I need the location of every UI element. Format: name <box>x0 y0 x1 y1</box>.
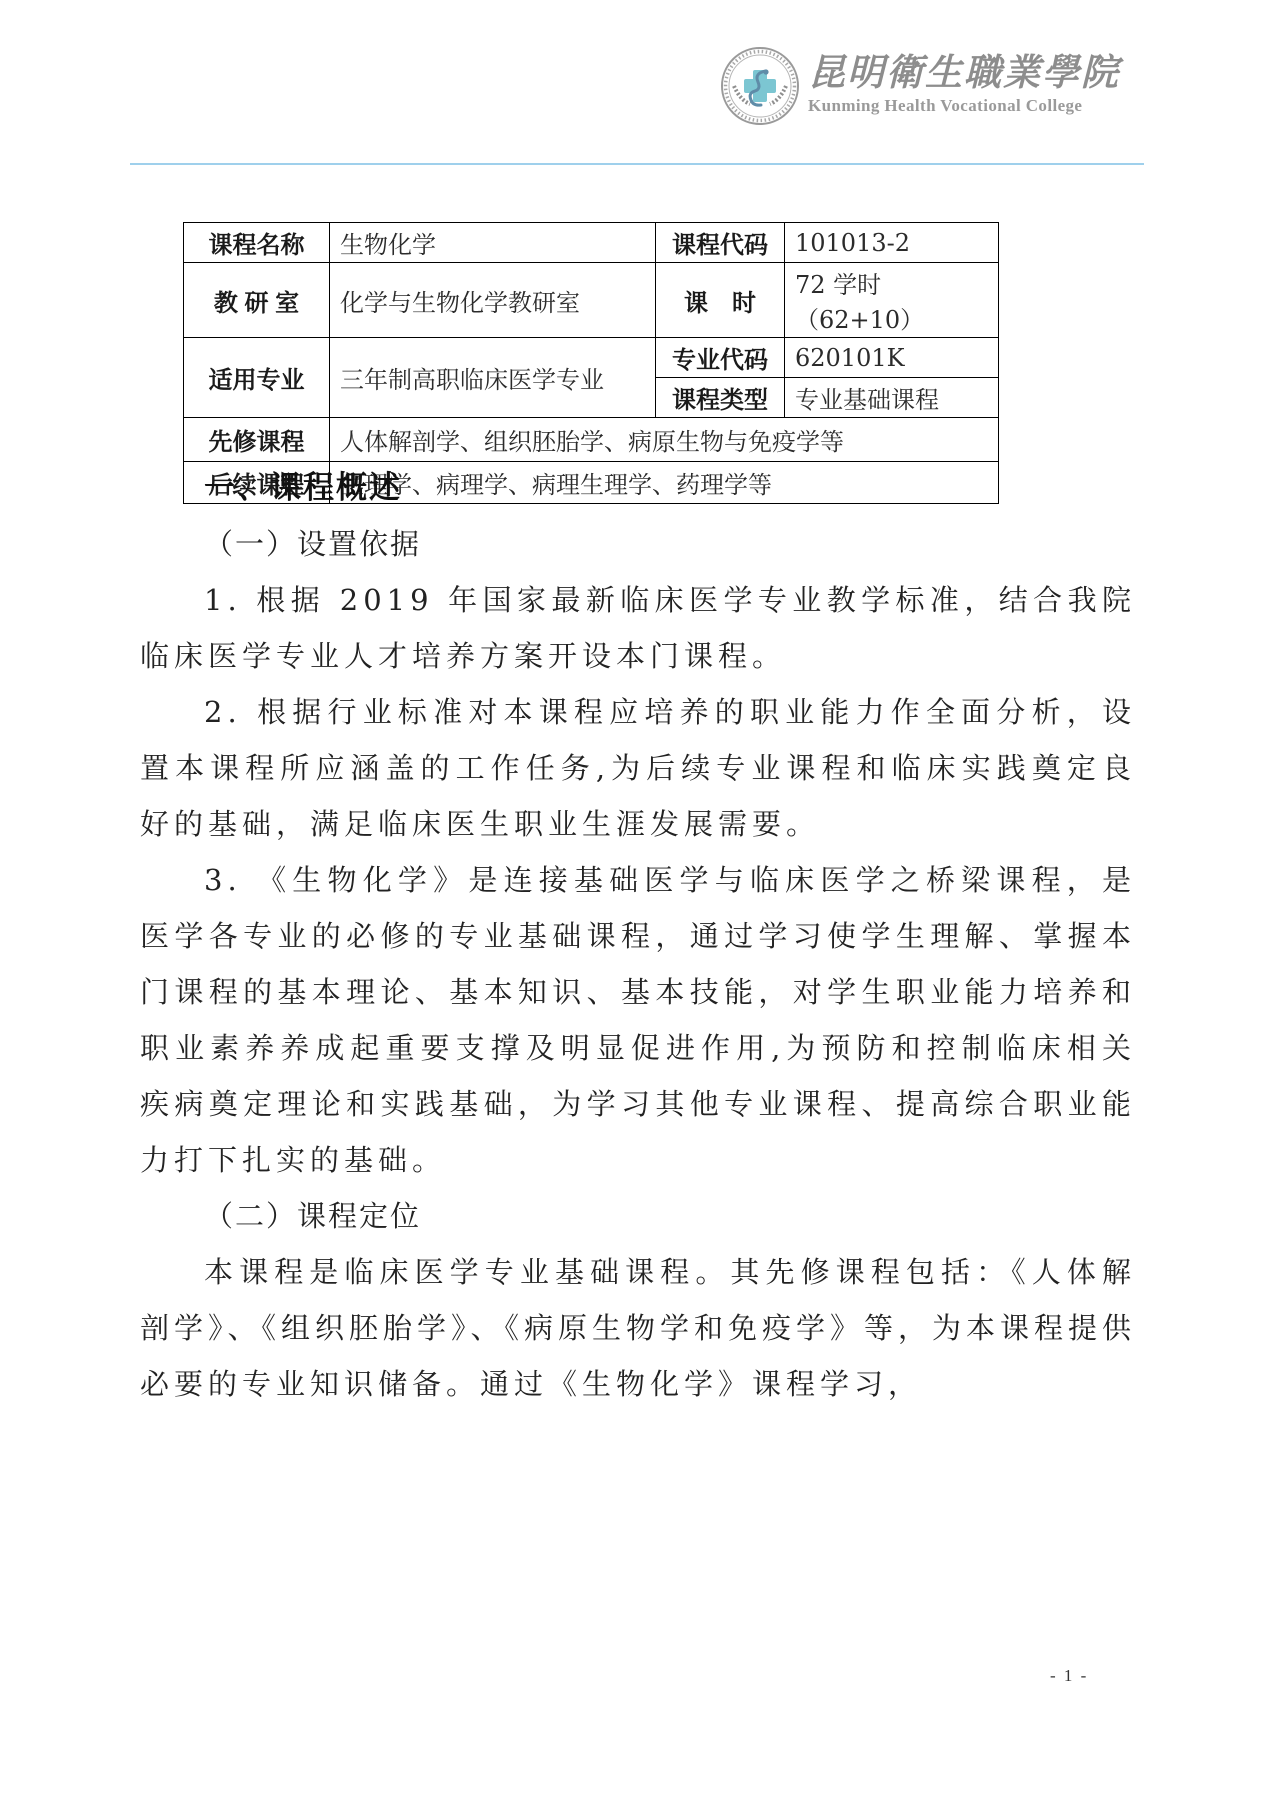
hours-label: 课 时 <box>656 263 785 338</box>
paragraph-2: 2. 根据行业标准对本课程应培养的职业能力作全面分析，设置本课程所应涵盖的工作任… <box>140 684 1136 852</box>
document-page: 昆明衛生職業學院 Kunming Health Vocational Colle… <box>0 0 1274 1801</box>
college-name-english: Kunming Health Vocational College <box>808 96 1088 116</box>
office-value: 化学与生物化学教研室 <box>330 263 656 338</box>
paragraph-1: 1. 根据 2019 年国家最新临床医学专业教学标准，结合我院临床医学专业人才培… <box>140 572 1136 684</box>
paragraph-4: 本课程是临床医学专业基础课程。其先修课程包括：《人体解剖学》、《组织胚胎学》、《… <box>140 1244 1136 1412</box>
major-value: 三年制高职临床医学专业 <box>330 338 656 418</box>
page-number: - 1 - <box>1050 1666 1088 1686</box>
header-divider-rule <box>130 163 1144 165</box>
hours-value: 72 学时（62+10） <box>785 263 999 338</box>
table-row: 先修课程 人体解剖学、组织胚胎学、病原生物与免疫学等 <box>184 418 999 462</box>
major-code-label: 专业代码 <box>656 338 785 378</box>
section-heading-overview: 一、课程概述 <box>140 460 1136 516</box>
course-code-label: 课程代码 <box>656 223 785 263</box>
course-code-value: 101013-2 <box>785 223 999 263</box>
college-seal-icon <box>720 46 800 126</box>
document-body: 一、课程概述 （一）设置依据 1. 根据 2019 年国家最新临床医学专业教学标… <box>140 460 1136 1412</box>
prerequisite-label: 先修课程 <box>184 418 330 462</box>
course-name-value: 生物化学 <box>330 223 656 263</box>
course-type-value: 专业基础课程 <box>785 378 999 418</box>
table-row: 适用专业 三年制高职临床医学专业 专业代码 620101K <box>184 338 999 378</box>
prerequisite-value: 人体解剖学、组织胚胎学、病原生物与免疫学等 <box>330 418 999 462</box>
college-name-calligraphy: 昆明衛生職業學院 <box>808 52 1088 92</box>
header-college-names: 昆明衛生職業學院 Kunming Health Vocational Colle… <box>808 52 1088 116</box>
subsection-heading-positioning: （二）课程定位 <box>140 1188 1136 1244</box>
course-name-label: 课程名称 <box>184 223 330 263</box>
major-label: 适用专业 <box>184 338 330 418</box>
course-type-label: 课程类型 <box>656 378 785 418</box>
subsection-heading-basis: （一）设置依据 <box>140 516 1136 572</box>
paragraph-3: 3. 《生物化学》是连接基础医学与临床医学之桥梁课程，是医学各专业的必修的专业基… <box>140 852 1136 1188</box>
table-row: 教 研 室 化学与生物化学教研室 课 时 72 学时（62+10） <box>184 263 999 338</box>
major-code-value: 620101K <box>785 338 999 378</box>
office-label: 教 研 室 <box>184 263 330 338</box>
table-row: 课程名称 生物化学 课程代码 101013-2 <box>184 223 999 263</box>
